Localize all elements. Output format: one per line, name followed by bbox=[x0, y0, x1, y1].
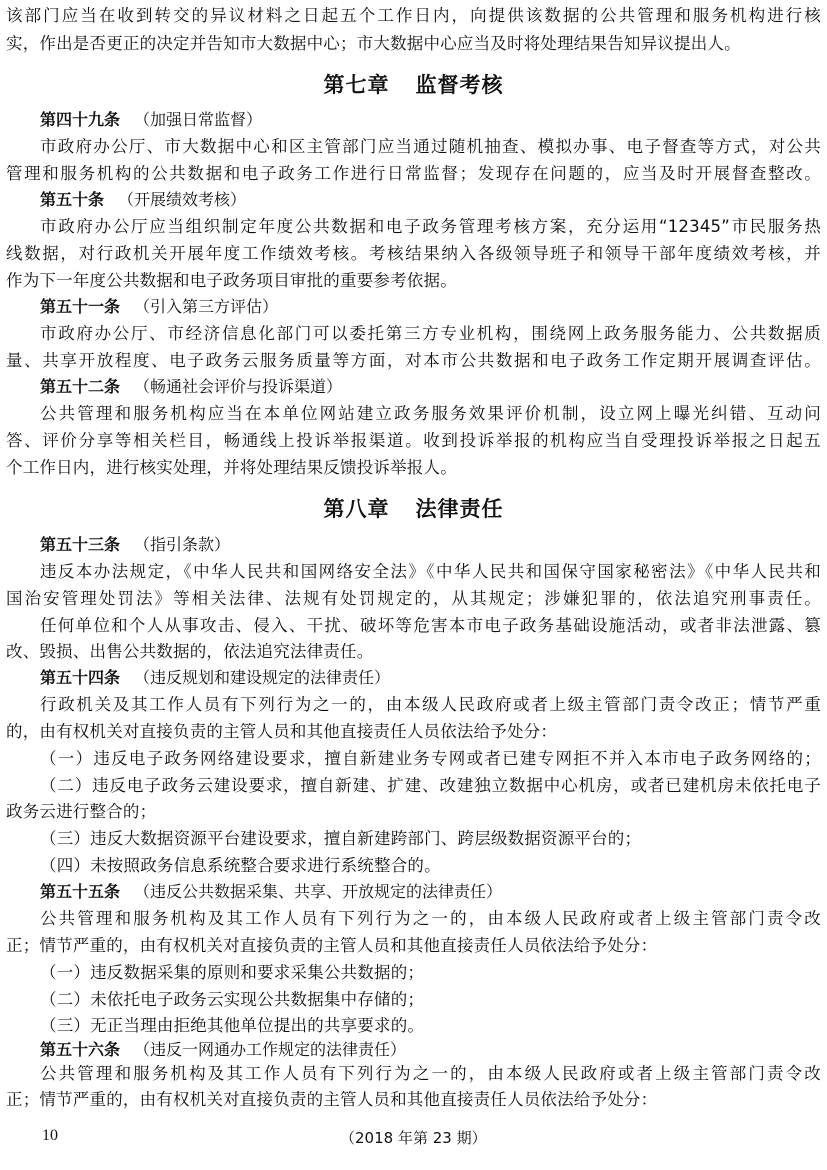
paragraph-line: 个工作日内，进行核实处理，并将处理结果反馈投诉举报人。 bbox=[6, 456, 821, 480]
article-number: 第四十九条 bbox=[40, 110, 120, 129]
paragraph-line: 该部门应当在收到转交的异议材料之日起五个工作日内，向提供该数据的公共管理和服务机… bbox=[6, 4, 821, 28]
chapter-number: 第八章 bbox=[324, 497, 390, 521]
paragraph-line: 行政机关及其工作人员有下列行为之一的，由本级人民政府或者上级主管部门责令改正；情… bbox=[40, 693, 821, 717]
article-title: （开展绩效考核） bbox=[118, 190, 246, 209]
article-title: （引入第三方评估） bbox=[134, 297, 278, 316]
paragraph-line: 国治安管理处罚法》等相关法律、法规有处罚规定的，从其规定；涉嫌犯罪的，依法追究刑… bbox=[6, 587, 821, 611]
list-item: （四）未按照政务信息系统整合要求进行系统整合的。 bbox=[40, 854, 821, 878]
article-number: 第五十五条 bbox=[40, 882, 120, 901]
paragraph-line: 公共管理和服务机构应当在本单位网站建立政务服务效果评价机制，设立网上曝光纠错、互… bbox=[40, 402, 821, 426]
page-number: 10 bbox=[42, 1127, 58, 1145]
list-item: （三）无正当理由拒绝其他单位提出的共享要求的。 bbox=[40, 1014, 821, 1038]
chapter-heading: 第八章法律责任 bbox=[0, 494, 827, 524]
list-item: （一）违反电子政务网络建设要求，擅自新建业务专网或者已建专网拒不并入本市电子政务… bbox=[40, 747, 821, 771]
article-title: （违反公共数据采集、共享、开放规定的法律责任） bbox=[134, 882, 502, 901]
paragraph-line: 的，由有权机关对直接负责的主管人员和其他直接责任人员依法给予处分： bbox=[6, 720, 821, 744]
article-header: 第五十五条（违反公共数据采集、共享、开放规定的法律责任） bbox=[40, 880, 502, 904]
paragraph-line: 违反本办法规定，《中华人民共和国网络安全法》《中华人民共和国保守国家秘密法》《中… bbox=[40, 560, 821, 584]
article-title: （违反规划和建设规定的法律责任） bbox=[134, 668, 390, 687]
paragraph-line: 量、共享开放程度、电子政务云服务质量等方面，对本市公共数据和电子政务工作定期开展… bbox=[6, 349, 821, 373]
article-header: 第五十四条（违反规划和建设规定的法律责任） bbox=[40, 666, 390, 690]
paragraph-line: 市政府办公厅、市经济信息化部门可以委托第三方专业机构，围绕网上政务服务能力、公共… bbox=[40, 322, 821, 346]
article-title: （畅通社会评价与投诉渠道） bbox=[134, 377, 342, 396]
paragraph-line: 管理和服务机构的公共数据和电子政务工作进行日常监督；发现存在问题的，应当及时开展… bbox=[6, 162, 821, 186]
article-title: （指引条款） bbox=[134, 535, 230, 554]
paragraph-line: 正；情节严重的，由有权机关对直接负责的主管人员和其他直接责任人员依法给予处分： bbox=[6, 1088, 821, 1112]
article-number: 第五十条 bbox=[40, 190, 104, 209]
paragraph-line: 改、毁损、出售公共数据的，依法追究法律责任。 bbox=[6, 640, 821, 664]
article-header: 第五十三条（指引条款） bbox=[40, 533, 230, 557]
list-item: （二）未依托电子政务云实现公共数据集中存储的； bbox=[40, 988, 821, 1012]
paragraph-line: 答、评价分享等相关栏目，畅通线上投诉举报渠道。收到投诉举报的机构应当自受理投诉举… bbox=[6, 429, 821, 453]
paragraph-line: 实，作出是否更正的决定并告知市大数据中心；市大数据中心应当及时将处理结果告知异议… bbox=[6, 32, 821, 56]
list-item: （一）违反数据采集的原则和要求采集公共数据的； bbox=[40, 961, 821, 985]
article-header: 第五十条（开展绩效考核） bbox=[40, 188, 246, 212]
paragraph-line: 公共管理和服务机构及其工作人员有下列行为之一的，由本级人民政府或者上级主管部门责… bbox=[40, 907, 821, 931]
list-item: （三）违反大数据资源平台建设要求，擅自新建跨部门、跨层级数据资源平台的； bbox=[40, 827, 821, 851]
paragraph-line: 作为下一年度公共数据和电子政务项目审批的重要参考依据。 bbox=[6, 269, 821, 293]
chapter-heading: 第七章监督考核 bbox=[0, 70, 827, 100]
issue-label: （2018 年第 23 期） bbox=[340, 1127, 487, 1148]
paragraph-line: 正；情节严重的，由有权机关对直接负责的主管人员和其他直接责任人员依法给予处分： bbox=[6, 934, 821, 958]
chapter-number: 第七章 bbox=[324, 73, 390, 97]
article-number: 第五十一条 bbox=[40, 297, 120, 316]
article-header: 第五十二条（畅通社会评价与投诉渠道） bbox=[40, 375, 342, 399]
article-number: 第五十六条 bbox=[40, 1040, 120, 1059]
article-header: 第五十一条（引入第三方评估） bbox=[40, 295, 278, 319]
paragraph-line: 任何单位和个人从事攻击、侵入、干扰、破坏等危害本市电子政务基础设施活动，或者非法… bbox=[40, 614, 821, 638]
article-number: 第五十四条 bbox=[40, 668, 120, 687]
article-title: （违反一网通办工作规定的法律责任） bbox=[134, 1040, 406, 1059]
article-number: 第五十二条 bbox=[40, 377, 120, 396]
article-header: 第四十九条（加强日常监督） bbox=[40, 108, 262, 132]
list-item: （二）违反电子政务云建设要求，擅自新建、扩建、改建独立数据中心机房，或者已建机房… bbox=[40, 774, 821, 798]
chapter-title: 监督考核 bbox=[416, 73, 504, 97]
paragraph-line: 市政府办公厅、市大数据中心和区主管部门应当通过随机抽查、模拟办事、电子督查等方式… bbox=[40, 135, 821, 159]
document-page: 该部门应当在收到转交的异议材料之日起五个工作日内，向提供该数据的公共管理和服务机… bbox=[0, 0, 827, 1170]
paragraph-line: 线数据，对行政机关开展年度工作绩效考核。考核结果纳入各级领导班子和领导干部年度绩… bbox=[6, 242, 821, 266]
list-item: 政务云进行整合的； bbox=[6, 800, 821, 824]
article-header: 第五十六条（违反一网通办工作规定的法律责任） bbox=[40, 1038, 406, 1062]
paragraph-line: 公共管理和服务机构及其工作人员有下列行为之一的，由本级人民政府或者上级主管部门责… bbox=[40, 1062, 821, 1086]
paragraph-line: 市政府办公厅应当组织制定年度公共数据和电子政务管理考核方案，充分运用“12345… bbox=[40, 215, 821, 239]
article-number: 第五十三条 bbox=[40, 535, 120, 554]
chapter-title: 法律责任 bbox=[416, 497, 504, 521]
article-title: （加强日常监督） bbox=[134, 110, 262, 129]
